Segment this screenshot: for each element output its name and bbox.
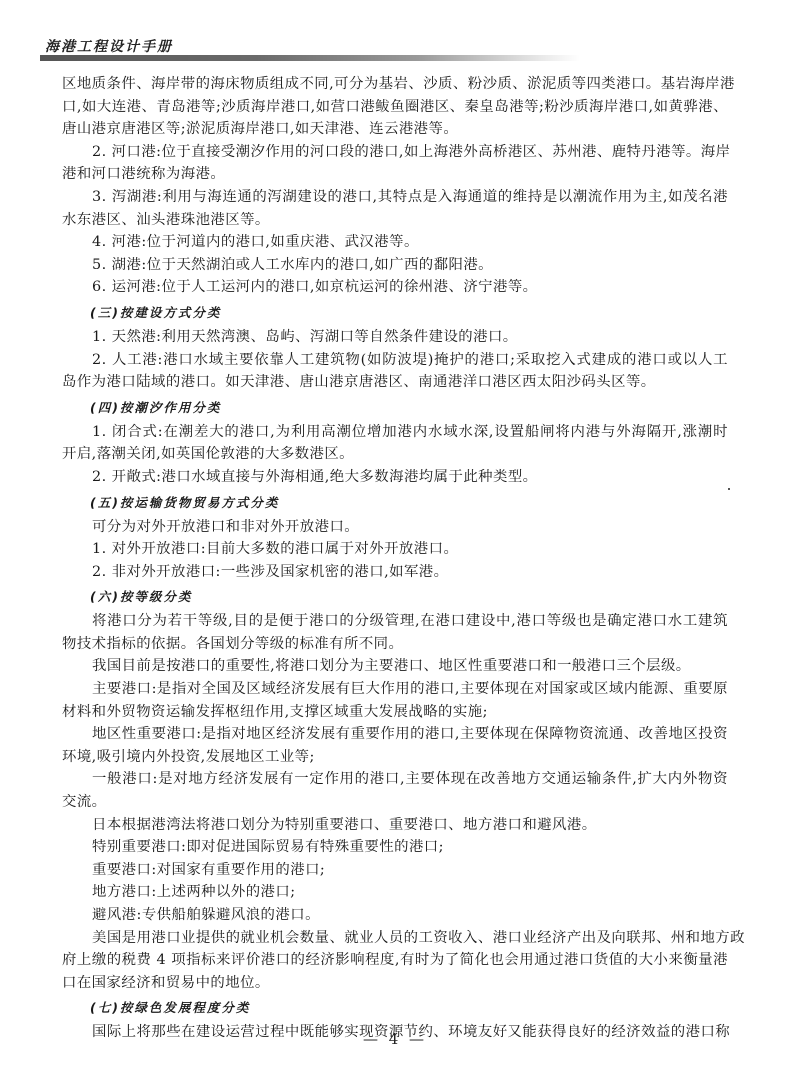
paragraph-line: 主要港口:是指对全国及区域经济发展有巨大作用的港口,主要体现在对国家或区域内能源… [62,678,728,701]
paragraph-line: 区地质条件、海岸带的海床物质组成不同,可分为基岩、沙质、粉沙质、淤泥质等四类港口… [62,73,728,96]
paragraph-line: 我国目前是按港口的重要性,将港口划分为主要港口、地区性重要港口和一般港口三个层级… [62,655,728,678]
paragraph-line: 港和河口港统称为海港。 [62,163,728,186]
running-head: 海港工程设计手册 [45,36,173,56]
header-rule [40,55,580,61]
page-number: — 4 — [0,1030,790,1048]
paragraph-line: 物技术指标的依据。各国划分等级的标准有所不同。 [62,633,728,656]
section-heading: (六)按等级分类 [62,583,728,610]
paragraph-line: 材料和外贸物资运输发挥枢纽作用,支撑区域重大发展战略的实施; [62,701,728,724]
paragraph-line: 特别重要港口:即对促进国际贸易有特殊重要性的港口; [62,836,728,859]
paragraph-line: 1. 对外开放港口:目前大多数的港口属于对外开放港口。 [62,538,728,561]
paragraph-line: 环境,吸引境内外投资,发展地区工业等; [62,746,728,769]
paragraph-line: 交流。 [62,791,728,814]
paragraph-line: 避风港:专供船舶躲避风浪的港口。 [62,904,728,927]
paragraph-line: 重要港口:对国家有重要作用的港口; [62,859,728,882]
paragraph-line: 2. 非对外开放港口:一些涉及国家机密的港口,如军港。 [62,561,728,584]
section-heading: (四)按潮汐作用分类 [62,394,728,421]
page-body: 区地质条件、海岸带的海床物质组成不同,可分为基岩、沙质、粉沙质、淤泥质等四类港口… [62,73,728,1044]
paragraph-line: 地区性重要港口:是指对地区经济发展有重要作用的港口,主要体现在保障物资流通、改善… [62,723,728,746]
section-heading: (三)按建设方式分类 [62,299,728,326]
scan-speck [728,488,730,490]
paragraph-line: 2. 人工港:港口水域主要依靠人工建筑物(如防波堤)掩护的港口;采取挖入式建成的… [62,349,728,372]
paragraph-line: 1. 天然港:利用天然湾澳、岛屿、泻湖口等自然条件建设的港口。 [62,326,728,349]
paragraph-line: 口,如大连港、青岛港等;沙质海岸港口,如营口港鲅鱼圈港区、秦皇岛港等;粉沙质海岸… [62,96,728,119]
paragraph-line: 美国是用港口业提供的就业机会数量、就业人员的工资收入、港口业经济产出及向联邦、州… [62,927,728,950]
section-heading: (五)按运输货物贸易方式分类 [62,489,728,516]
paragraph-line: 3. 泻湖港:利用与海连通的泻湖建设的港口,其特点是入海通道的维持是以潮流作用为… [62,186,728,209]
paragraph-line: 4. 河港:位于河道内的港口,如重庆港、武汉港等。 [62,231,728,254]
paragraph-line: 日本根据港湾法将港口划分为特别重要港口、重要港口、地方港口和避风港。 [62,814,728,837]
paragraph-line: 2. 开敞式:港口水域直接与外海相通,绝大多数海港均属于此种类型。 [62,466,728,489]
paragraph-line: 一般港口:是对地方经济发展有一定作用的港口,主要体现在改善地方交通运输条件,扩大… [62,768,728,791]
paragraph-line: 5. 湖港:位于天然湖泊或人工水库内的港口,如广西的鄱阳港。 [62,254,728,277]
paragraph-line: 可分为对外开放港口和非对外开放港口。 [62,516,728,539]
paragraph-line: 地方港口:上述两种以外的港口; [62,881,728,904]
paragraph-line: 将港口分为若干等级,目的是便于港口的分级管理,在港口建设中,港口等级也是确定港口… [62,610,728,633]
paragraph-line: 水东港区、汕头港珠池港区等。 [62,209,728,232]
paragraph-line: 开启,落潮关闭,如英国伦敦港的大多数港区。 [62,443,728,466]
section-heading: (七)按绿色发展程度分类 [62,994,728,1021]
paragraph-line: 府上缴的税费 4 项指标来评价港口的经济影响程度,有时为了简化也会用通过港口货值… [62,949,728,972]
paragraph-line: 1. 闭合式:在潮差大的港口,为利用高潮位增加港内水域水深,设置船闸将内港与外海… [62,421,728,444]
paragraph-line: 6. 运河港:位于人工运河内的港口,如京杭运河的徐州港、济宁港等。 [62,276,728,299]
paragraph-line: 唐山港京唐港区等;淤泥质海岸港口,如天津港、连云港港等。 [62,118,728,141]
paragraph-line: 岛作为港口陆域的港口。如天津港、唐山港京唐港区、南通港洋口港区西太阳沙码头区等。 [62,371,728,394]
paragraph-line: 2. 河口港:位于直接受潮汐作用的河口段的港口,如上海港外高桥港区、苏州港、鹿特… [62,141,728,164]
paragraph-line: 口在国家经济和贸易中的地位。 [62,972,728,995]
